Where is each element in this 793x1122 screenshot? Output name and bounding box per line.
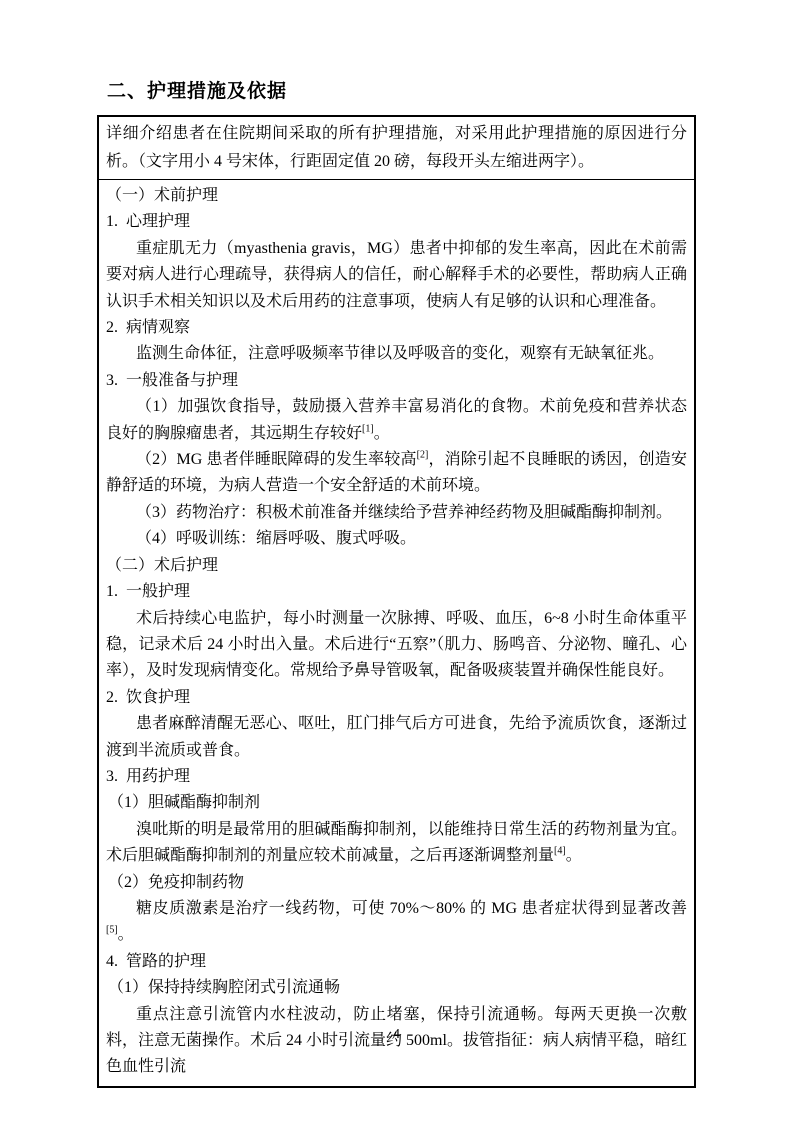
paragraph: （3）药物治疗：积极术前准备并继续给予营养神经药物及胆碱酯酶抑制剂。	[106, 500, 687, 526]
content-table: 详细介绍患者在住院期间采取的所有护理措施，对采用此护理措施的原因进行分析。（文字…	[97, 115, 696, 1088]
citation-ref: [4]	[554, 846, 566, 857]
paragraph: 重症肌无力（myasthenia gravis，MG）患者中抑郁的发生率高，因此…	[106, 236, 687, 315]
paragraph: （2）MG 患者伴睡眠障碍的发生率较高[2]，消除引起不良睡眠的诱因，创造安静舒…	[106, 447, 687, 500]
paragraph: 2. 病情观察	[106, 315, 687, 341]
citation-ref: [1]	[362, 423, 374, 434]
paragraph: （4）呼吸训练：缩唇呼吸、腹式呼吸。	[106, 526, 687, 552]
paragraph: 患者麻醉清醒无恶心、呕吐，肛门排气后方可进食，先给予流质饮食，逐渐过渡到半流质或…	[106, 711, 687, 764]
paragraph: 3. 用药护理	[106, 764, 687, 790]
paragraph: （1）保持持续胸腔闭式引流通畅	[106, 975, 687, 1001]
page-number: 4	[0, 1027, 793, 1043]
paragraph: 术后持续心电监护，每小时测量一次脉搏、呼吸、血压，6~8 小时生命体重平稳，记录…	[106, 606, 687, 685]
paragraph: （1）加强饮食指导，鼓励摄入营养丰富易消化的食物。术前免疫和营养状态良好的胸腺瘤…	[106, 394, 687, 447]
paragraph: （一）术前护理	[106, 183, 687, 209]
table-cell-content: （一）术前护理1. 心理护理重症肌无力（myasthenia gravis，MG…	[99, 180, 694, 1086]
paragraph: 糖皮质激素是治疗一线药物，可使 70%～80% 的 MG 患者症状得到显著改善[…	[106, 896, 687, 949]
citation-ref: [5]	[106, 925, 118, 936]
paragraph: （1）胆碱酯酶抑制剂	[106, 790, 687, 816]
paragraph: （2）免疫抑制药物	[106, 870, 687, 896]
paragraph: 2. 饮食护理	[106, 685, 687, 711]
paragraph: （二）术后护理	[106, 553, 687, 579]
section-heading: 二、护理措施及依据	[107, 76, 287, 103]
document-page: 二、护理措施及依据 详细介绍患者在住院期间采取的所有护理措施，对采用此护理措施的…	[0, 0, 793, 1122]
citation-ref: [2]	[417, 450, 429, 461]
paragraph: 监测生命体征，注意呼吸频率节律以及呼吸音的变化，观察有无缺氧征兆。	[106, 341, 687, 367]
table-cell-instruction: 详细介绍患者在住院期间采取的所有护理措施，对采用此护理措施的原因进行分析。（文字…	[99, 117, 694, 180]
paragraph: 1. 一般护理	[106, 579, 687, 605]
paragraph: 溴吡斯的明是最常用的胆碱酯酶抑制剂，以能维持日常生活的药物剂量为宜。术后胆碱酯酶…	[106, 817, 687, 870]
paragraph: 4. 管路的护理	[106, 949, 687, 975]
paragraph: 3. 一般准备与护理	[106, 368, 687, 394]
paragraph: 1. 心理护理	[106, 209, 687, 235]
